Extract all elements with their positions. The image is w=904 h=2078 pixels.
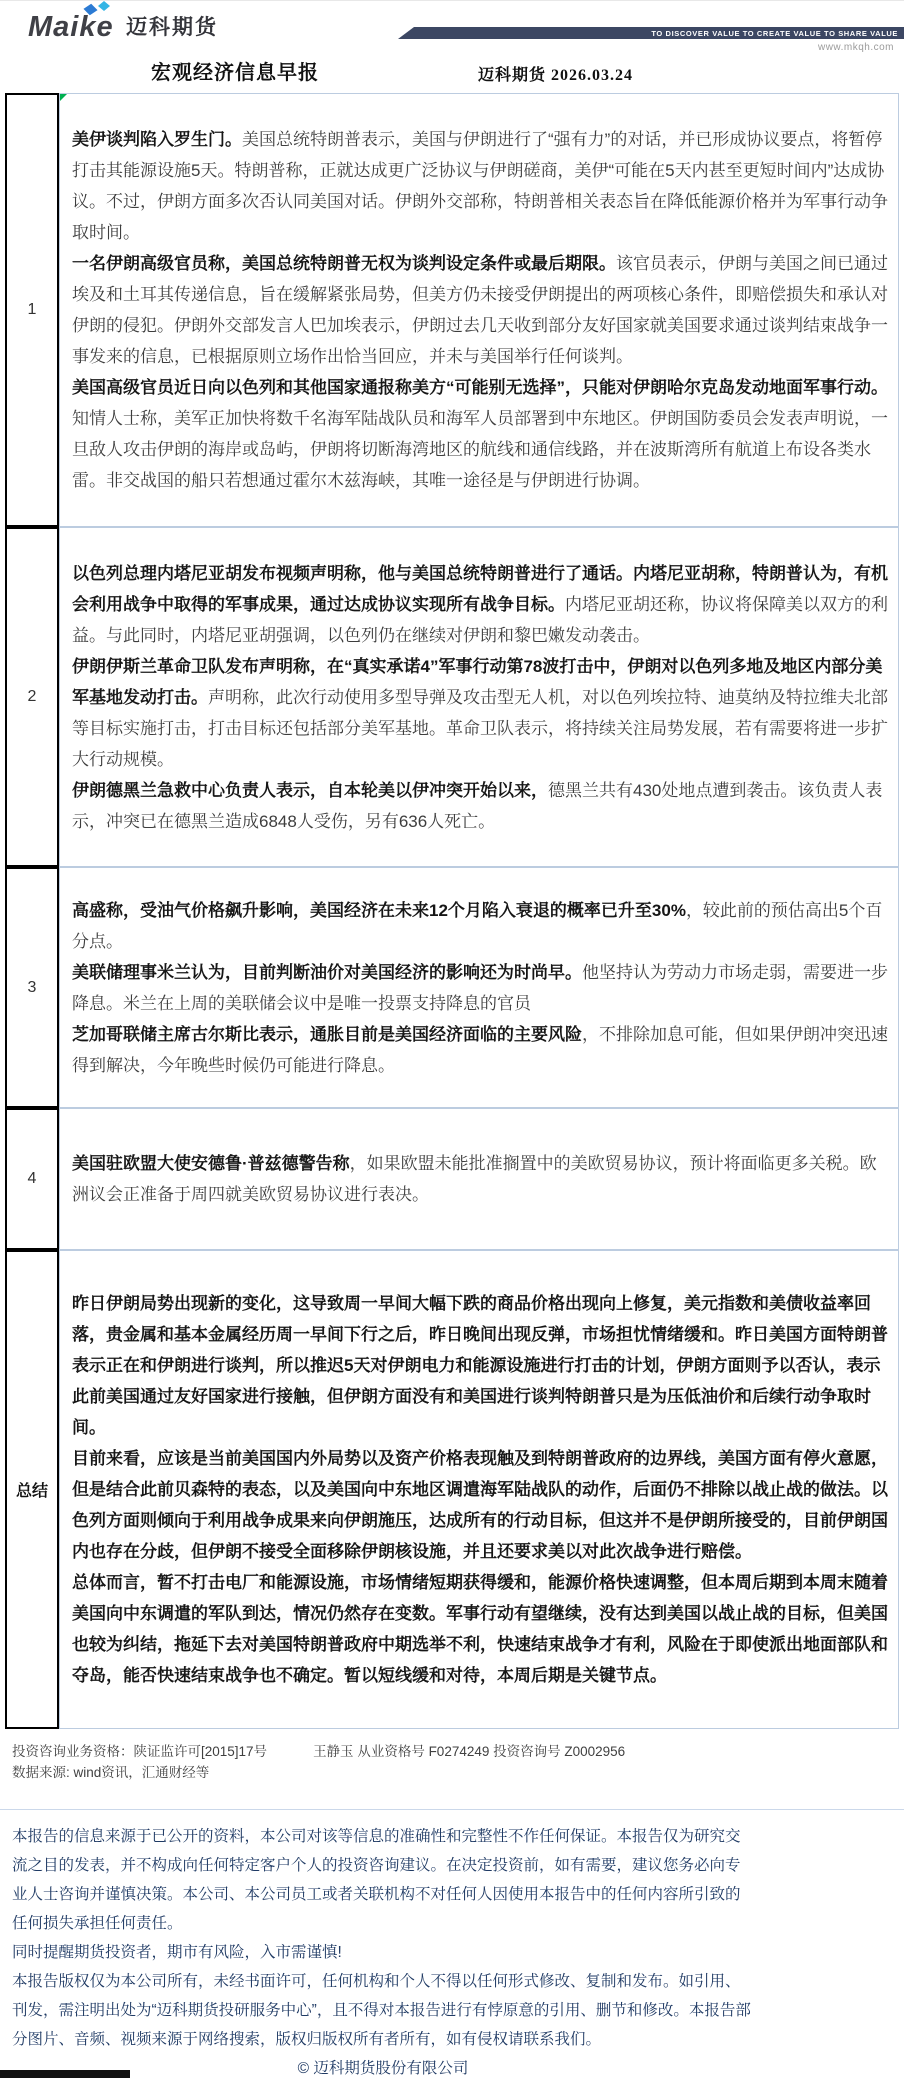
analyst-credentials: 王静玉 从业资格号 F0274249 投资咨询号 Z0002956 bbox=[313, 1741, 625, 1762]
credentials-block: 投资咨询业务资格：陕证监许可[2015]17号 王静玉 从业资格号 F02742… bbox=[12, 1741, 904, 1783]
news-paragraph: 美国高级官员近日向以色列和其他国家通报称美方“可能别无选择”，只能对伊朗哈尔克岛… bbox=[72, 372, 888, 496]
report-row: 1美伊谈判陷入罗生门。美国总统特朗普表示，美国与伊朗进行了“强有力”的对话，并已… bbox=[5, 93, 899, 527]
risk-warning-line: 同时提醒期货投资者，期市有风险，入市需谨慎! bbox=[12, 1938, 754, 1967]
news-paragraph: 昨日伊朗局势出现新的变化，这导致周一早间大幅下跌的商品价格出现向上修复，美元指数… bbox=[72, 1288, 888, 1443]
news-paragraph: 以色列总理内塔尼亚胡发布视频声明称，他与美国总统特朗普进行了通话。内塔尼亚胡称，… bbox=[72, 558, 888, 651]
cell-corner-marker-icon bbox=[60, 94, 67, 101]
row-content: 昨日伊朗局势出现新的变化，这导致周一早间大幅下跌的商品价格出现向上修复，美元指数… bbox=[59, 1250, 899, 1729]
report-row: 总结昨日伊朗局势出现新的变化，这导致周一早间大幅下跌的商品价格出现向上修复，美元… bbox=[5, 1250, 899, 1729]
report-row: 4美国驻欧盟大使安德鲁·普兹德警告称，如果欧盟未能批准搁置中的美欧贸易协议，预计… bbox=[5, 1108, 899, 1250]
news-paragraph: 目前来看，应该是当前美国国内外局势以及资产价格表现触及到特朗普政府的边界线，美国… bbox=[72, 1443, 888, 1567]
data-source-line: 数据来源: wind资讯，汇通财经等 bbox=[12, 1762, 904, 1783]
report-row: 2以色列总理内塔尼亚胡发布视频声明称，他与美国总统特朗普进行了通话。内塔尼亚胡称… bbox=[5, 527, 899, 867]
row-label: 1 bbox=[5, 93, 59, 527]
news-paragraph: 芝加哥联储主席古尔斯比表示，通胀目前是美国经济面临的主要风险，不排除加息可能，但… bbox=[72, 1019, 888, 1081]
qualification-text: 投资咨询业务资格：陕证监许可[2015]17号 bbox=[12, 1741, 267, 1762]
row-label: 4 bbox=[5, 1108, 59, 1250]
news-paragraph: 一名伊朗高级官员称，美国总统特朗普无权为谈判设定条件或最后期限。该官员表示，伊朗… bbox=[72, 248, 888, 372]
report-table: 1美伊谈判陷入罗生门。美国总统特朗普表示，美国与伊朗进行了“强有力”的对话，并已… bbox=[5, 93, 899, 1729]
credentials-line: 投资咨询业务资格：陕证监许可[2015]17号 王静玉 从业资格号 F02742… bbox=[12, 1741, 904, 1762]
row-content: 美伊谈判陷入罗生门。美国总统特朗普表示，美国与伊朗进行了“强有力”的对话，并已形… bbox=[59, 93, 899, 527]
company-website: www.mkqh.com bbox=[818, 42, 894, 53]
maike-logo-wordmark: Maike bbox=[28, 11, 114, 43]
maike-logo-chinese: 迈科期货 bbox=[126, 16, 218, 39]
logo-star-icon bbox=[98, 1, 110, 11]
news-paragraph: 伊朗伊斯兰革命卫队发布声明称，在“真实承诺4”军事行动第78波打击中，伊朗对以色… bbox=[72, 651, 888, 775]
bottom-left-bar bbox=[0, 2070, 130, 2078]
disclaimer-paragraph: 本报告的信息来源于已公开的资料，本公司对该等信息的准确性和完整性不作任何保证。本… bbox=[12, 1822, 754, 1938]
row-content: 以色列总理内塔尼亚胡发布视频声明称，他与美国总统特朗普进行了通话。内塔尼亚胡称，… bbox=[59, 527, 899, 867]
disclaimer-block: 本报告的信息来源于已公开的资料，本公司对该等信息的准确性和完整性不作任何保证。本… bbox=[0, 1809, 904, 2078]
row-label: 2 bbox=[5, 527, 59, 867]
page-header: Maike 迈科期货 TO DISCOVER VALUE TO CREATE V… bbox=[0, 0, 904, 53]
page-title: 宏观经济信息早报 bbox=[0, 56, 470, 85]
company-tagline: TO DISCOVER VALUE TO CREATE VALUE TO SHA… bbox=[651, 29, 898, 38]
disclaimer-paragraph: 本报告版权仅为本公司所有，未经书面许可，任何机构和个人不得以任何形式修改、复制和… bbox=[12, 1967, 754, 2054]
news-paragraph: 伊朗德黑兰急救中心负责人表示，自本轮美以伊冲突开始以来，德黑兰共有430处地点遭… bbox=[72, 775, 888, 837]
maike-logo: Maike 迈科期货 bbox=[28, 11, 218, 44]
news-paragraph: 美国驻欧盟大使安德鲁·普兹德警告称，如果欧盟未能批准搁置中的美欧贸易协议，预计将… bbox=[72, 1148, 888, 1210]
news-paragraph: 总体而言，暂不打击电厂和能源设施，市场情绪短期获得缓和，能源价格快速调整，但本周… bbox=[72, 1567, 888, 1691]
row-content: 美国驻欧盟大使安德鲁·普兹德警告称，如果欧盟未能批准搁置中的美欧贸易协议，预计将… bbox=[59, 1108, 899, 1250]
news-paragraph: 高盛称，受油气价格飙升影响，美国经济在未来12个月陷入衰退的概率已升至30%，较… bbox=[72, 895, 888, 957]
row-content: 高盛称，受油气价格飙升影响，美国经济在未来12个月陷入衰退的概率已升至30%，较… bbox=[59, 867, 899, 1108]
title-bar: 宏观经济信息早报 迈科期货 2026.03.24 bbox=[0, 55, 904, 85]
row-label: 总结 bbox=[5, 1250, 59, 1729]
news-paragraph: 美联储理事米兰认为，目前判断油价对美国经济的影响还为时尚早。他坚持认为劳动力市场… bbox=[72, 957, 888, 1019]
brand-and-date: 迈科期货 2026.03.24 bbox=[478, 62, 633, 85]
report-row: 3高盛称，受油气价格飙升影响，美国经济在未来12个月陷入衰退的概率已升至30%，… bbox=[5, 867, 899, 1108]
header-ribbon: TO DISCOVER VALUE TO CREATE VALUE TO SHA… bbox=[398, 27, 904, 39]
news-paragraph: 美伊谈判陷入罗生门。美国总统特朗普表示，美国与伊朗进行了“强有力”的对话，并已形… bbox=[72, 124, 888, 248]
row-label: 3 bbox=[5, 867, 59, 1108]
